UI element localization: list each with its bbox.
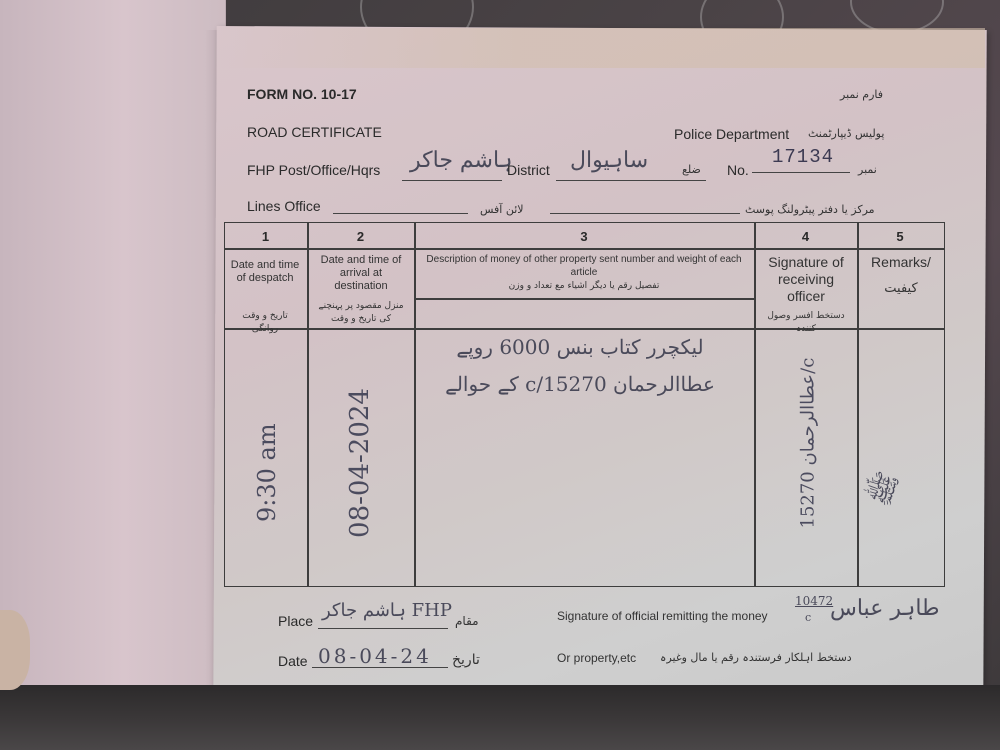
col-number-5: 5 xyxy=(857,229,943,244)
col-header-despatch: Date and time of despatch xyxy=(230,259,300,285)
lines-office-urdu: لائن آفس xyxy=(480,203,524,216)
signature-number-sub: c xyxy=(805,611,811,624)
description-line-2[interactable]: عطاالرحمان 15270/c کے حوالے xyxy=(430,372,730,396)
description-line-1[interactable]: لیکچرر کتاب بنس 6000 روپے xyxy=(430,335,730,359)
col3-subheader-divider xyxy=(414,298,754,300)
col-header-despatch-urdu: تاریخ و وقت روانگی xyxy=(230,310,300,336)
col-divider-2 xyxy=(414,222,416,586)
background-cloth xyxy=(0,685,1000,750)
place-value[interactable]: ہاشم جاکر FHP xyxy=(322,600,452,621)
col-header-arrival-urdu: منزل مقصود پر پہنچنے کی تاریخ و وقت xyxy=(318,300,404,326)
number-underline xyxy=(752,172,850,173)
district-label: District xyxy=(507,162,550,178)
lines-office-urdu-right: مرکز یا دفتر پیٹرولنگ پوسٹ xyxy=(745,203,875,216)
district-underline xyxy=(556,180,706,181)
department-urdu: پولیس ڈیپارٹمنٹ xyxy=(808,127,884,140)
property-urdu: دستخط اہلکار فرستندہ رقم یا مال وغیرہ xyxy=(660,651,852,664)
despatch-time[interactable]: 9:30 am xyxy=(253,432,281,522)
finger xyxy=(0,610,30,690)
place-underline xyxy=(318,628,448,629)
lines-office-label: Lines Office xyxy=(247,198,321,214)
number-urdu: نمبر xyxy=(858,163,877,176)
col-number-4: 4 xyxy=(754,229,857,244)
receiving-officer-signature[interactable]: عطاالرحمان 15270/c xyxy=(798,379,819,529)
post-underline xyxy=(402,180,502,181)
place-urdu: مقام xyxy=(455,614,479,628)
col-header-description: Description of money of other property s… xyxy=(418,253,750,279)
paper-tint xyxy=(215,28,985,68)
col-number-3: 3 xyxy=(414,229,754,244)
lines-office-underline-1 xyxy=(333,213,468,214)
property-label: Or property,etc xyxy=(557,651,636,665)
district-urdu: ضلع xyxy=(682,163,701,176)
form-number: FORM NO. 10-17 xyxy=(247,86,357,102)
signature-label: Signature of official remitting the mone… xyxy=(557,609,768,623)
col-divider-4 xyxy=(857,222,859,586)
district-value[interactable]: ساہیوال xyxy=(570,148,648,173)
col-number-1: 1 xyxy=(224,229,307,244)
serial-number: 17134 xyxy=(772,146,834,168)
place-label: Place xyxy=(278,613,313,629)
department-label: Police Department xyxy=(674,126,789,142)
form-number-urdu: فارم نمبر xyxy=(840,88,883,101)
col-header-description-urdu: تفصیل رقم یا دیگر اشیاء مع تعداد و وزن xyxy=(418,280,750,293)
post-label: FHP Post/Office/Hqrs xyxy=(247,162,380,178)
col-divider-1 xyxy=(307,222,309,586)
col-header-arrival: Date and time of arrival at destination xyxy=(312,254,410,293)
date-value[interactable]: 08-04-24 xyxy=(318,644,432,668)
col-header-receiving-urdu: دستخط افسر وصول کنندہ xyxy=(758,310,854,336)
header-row-divider xyxy=(224,248,944,250)
post-value[interactable]: ہاشم جاکر xyxy=(410,148,513,173)
left-page xyxy=(0,0,226,700)
remitting-signature[interactable]: طاہر عباس xyxy=(830,596,940,621)
date-label: Date xyxy=(278,653,308,669)
lines-office-underline-2 xyxy=(550,213,740,214)
signature-number[interactable]: 10472 xyxy=(795,594,833,608)
col-header-receiving-officer: Signature of receiving officer xyxy=(758,254,854,305)
col-number-2: 2 xyxy=(307,229,414,244)
arrival-date[interactable]: 08-04-2024 xyxy=(345,383,375,543)
form-title: ROAD CERTIFICATE xyxy=(247,124,382,140)
number-label: No. xyxy=(727,162,749,178)
col-header-remarks-urdu: کیفیت xyxy=(858,282,944,295)
col-divider-3 xyxy=(754,222,756,586)
col-header-remarks: Remarks/ xyxy=(858,254,944,271)
date-urdu: تاریخ xyxy=(452,652,480,668)
